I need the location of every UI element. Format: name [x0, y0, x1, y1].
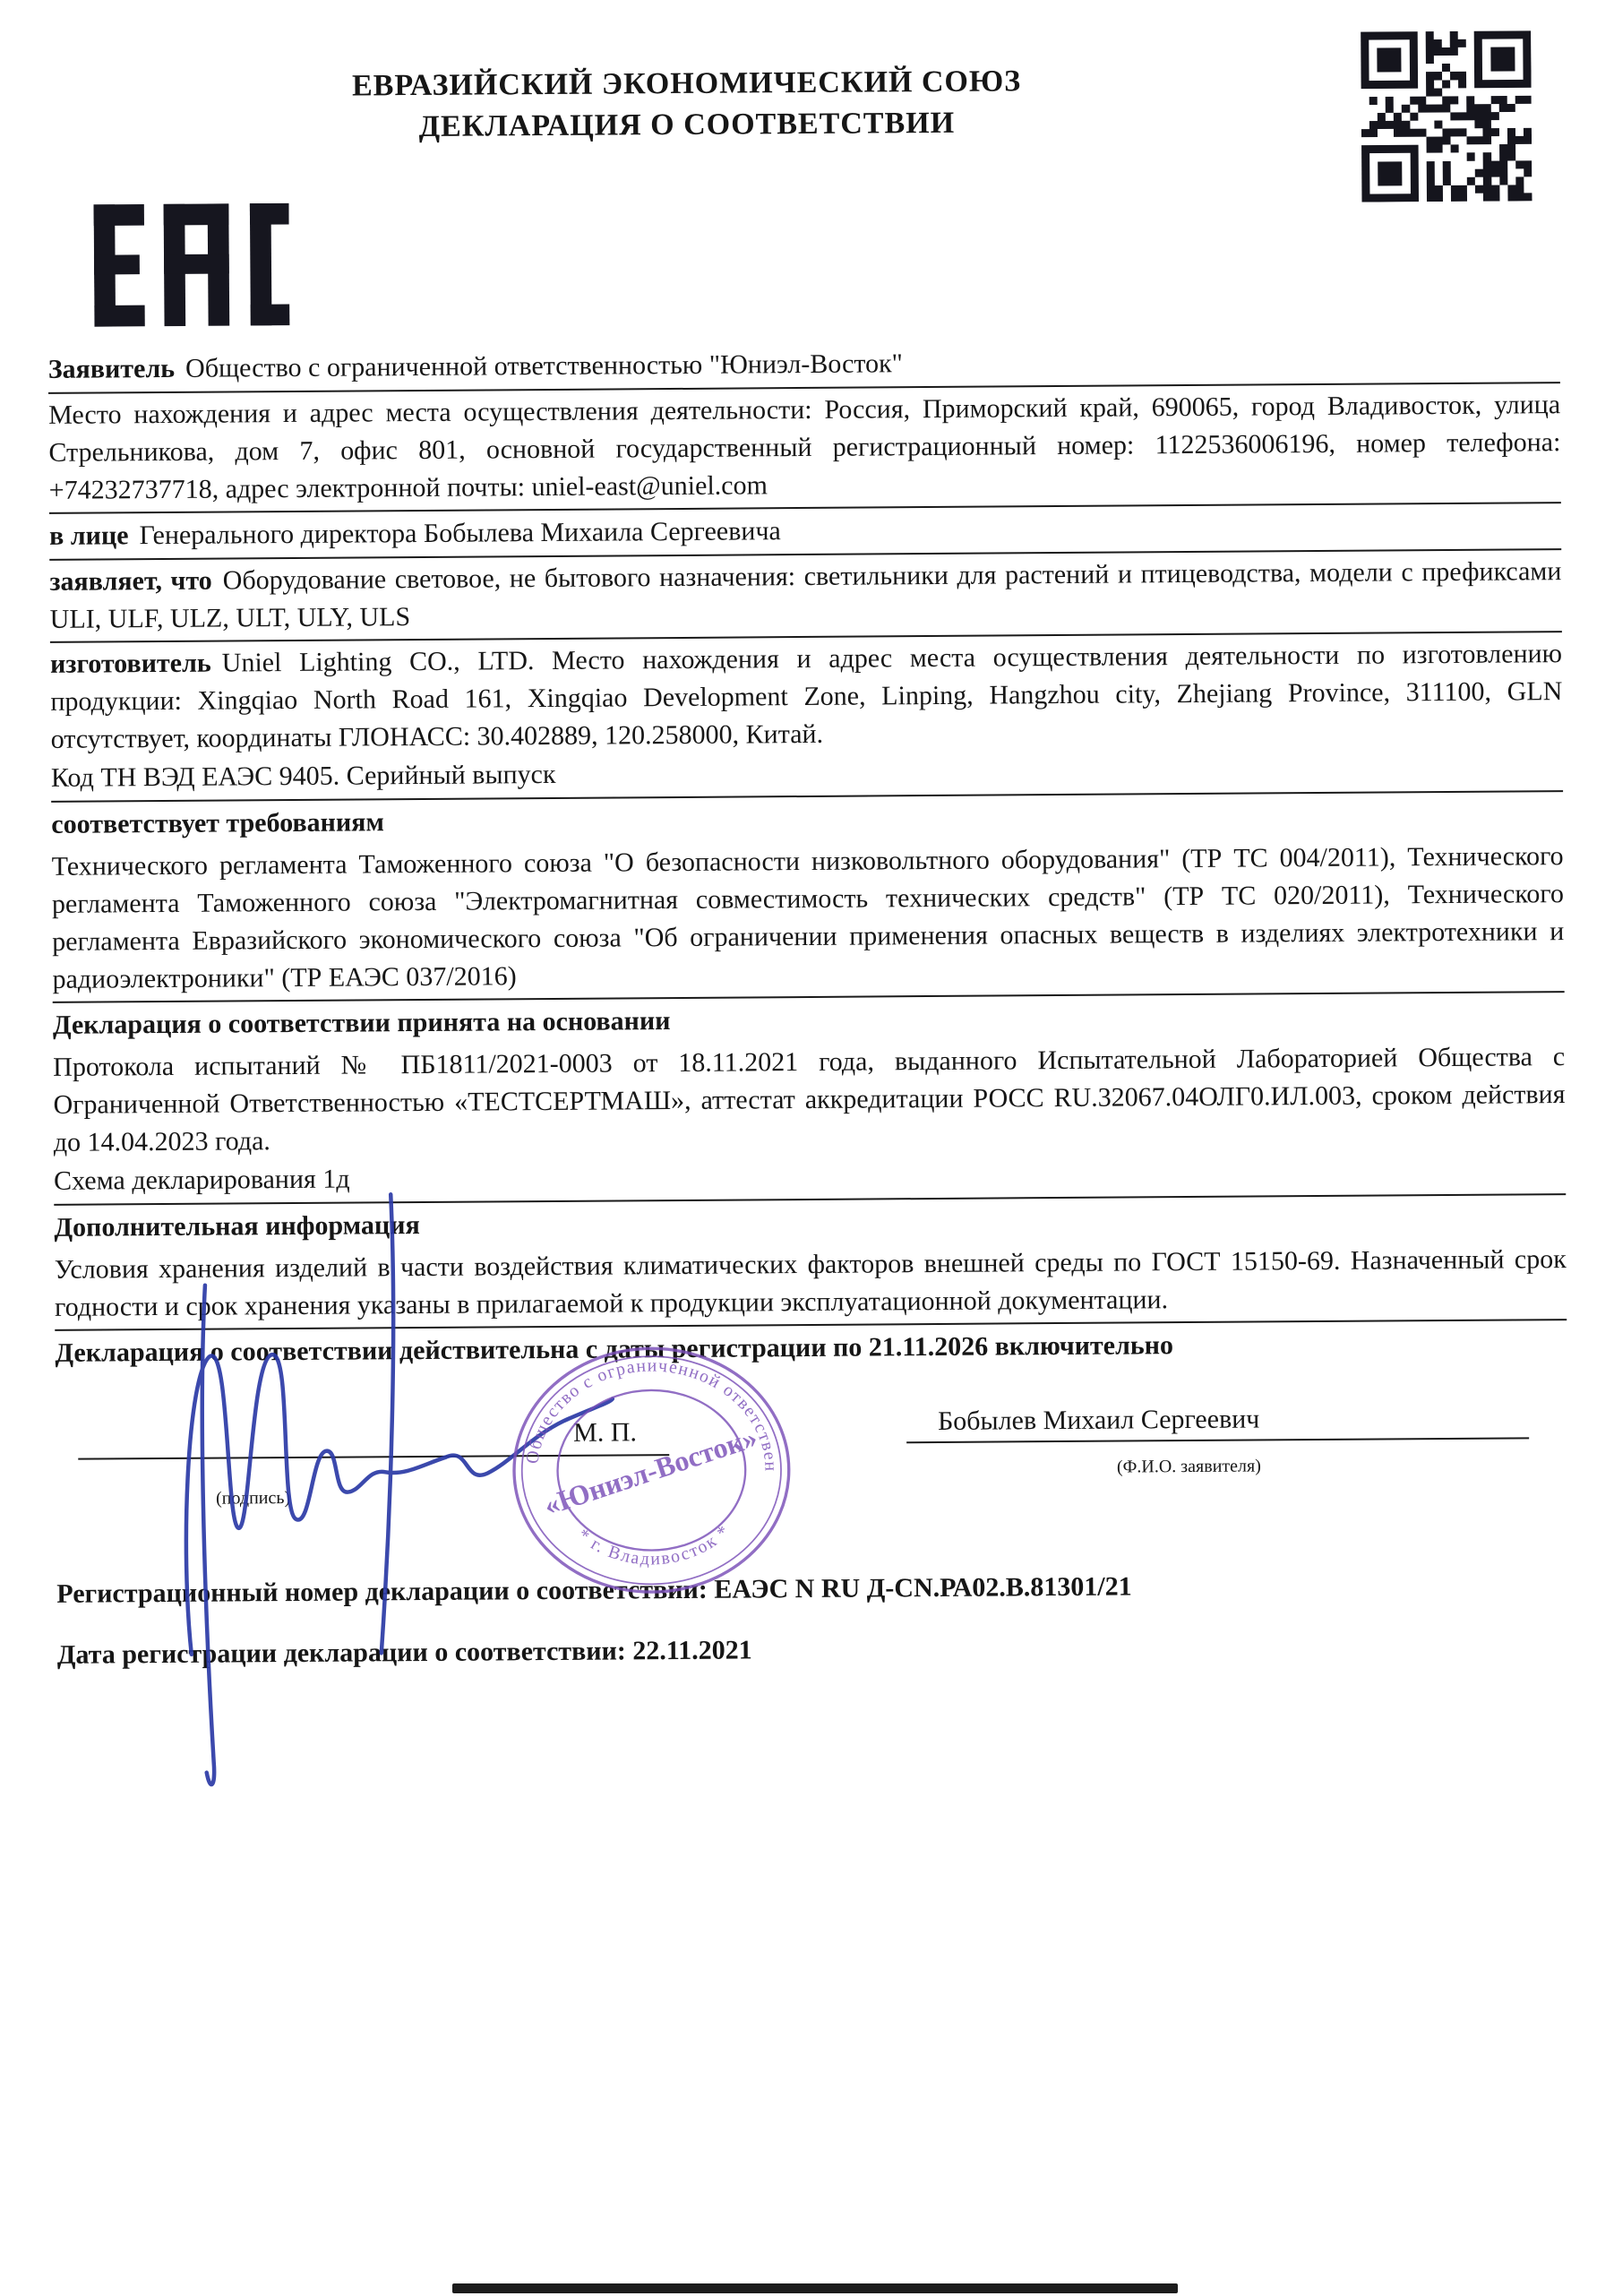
svg-text:* г. Владивосток *: * г. Владивосток * — [573, 1521, 734, 1570]
complies-text: Технического регламента Таможенного союз… — [52, 838, 1565, 1003]
manufacturer-label: изготовитель — [50, 649, 211, 679]
basis-heading: Декларация о соответствии принята на осн… — [53, 995, 1565, 1045]
registration-date-line: Дата регистрации декларации о соответств… — [57, 1625, 1569, 1675]
declarant-name-caption: (Ф.И.О. заявителя) — [1041, 1447, 1336, 1486]
document-page: ЕВРАЗИЙСКИЙ ЭКОНОМИЧЕСКИЙ СОЮЗ ДЕКЛАРАЦИ… — [0, 0, 1614, 2296]
eac-mark-icon — [93, 201, 289, 330]
declaration-body: ЗаявительОбщество с ограниченной ответст… — [48, 340, 1569, 1675]
qr-code — [1361, 30, 1532, 202]
represented-by-line: в лицеГенерального директора Бобылева Ми… — [49, 506, 1561, 561]
stamp-rim-bottom-text: * г. Владивосток * — [573, 1521, 734, 1570]
represented-by-value: Генерального директора Бобылева Михаила … — [139, 516, 781, 550]
additional-text: Условия хранения изделий в части воздейс… — [55, 1241, 1567, 1331]
applicant-label: Заявитель — [48, 354, 176, 384]
applicant-line: ЗаявительОбщество с ограниченной ответст… — [48, 340, 1560, 394]
applicant-address: Место нахождения и адрес места осуществл… — [48, 386, 1561, 514]
stamp-center-text: «Юниэл-Восток» — [540, 1421, 761, 1521]
declarant-name: Бобылев Михаил Сергеевич — [938, 1400, 1260, 1440]
declares-line: заявляет, чтоОборудование световое, не б… — [49, 553, 1562, 643]
additional-heading: Дополнительная информация — [54, 1198, 1566, 1248]
represented-by-label: в лице — [49, 520, 129, 551]
declares-label: заявляет, что — [49, 566, 212, 597]
company-stamp: Общество с ограниченной ответственностью… — [502, 1338, 800, 1602]
registration-number-line: Регистрационный номер декларации о соотв… — [56, 1564, 1568, 1614]
document-title: ЕВРАЗИЙСКИЙ ЭКОНОМИЧЕСКИЙ СОЮЗ ДЕКЛАРАЦИ… — [46, 59, 1327, 150]
complies-heading: соответствует требованиям — [51, 795, 1563, 845]
declares-value: Оборудование световое, не бытового назна… — [50, 556, 1562, 634]
manufacturer-value: Uniel Lighting CO., LTD. Место нахождени… — [50, 639, 1562, 754]
signature-caption: (подпись) — [109, 1478, 396, 1518]
applicant-value: Общество с ограниченной ответственностью… — [185, 348, 903, 383]
scan-artifact-bar — [452, 2283, 1178, 2293]
signature-zone: (подпись) М. П. Общество с ограниченной … — [56, 1363, 1568, 1552]
basis-text: Протокола испытаний № ПБ1811/2021-0003 о… — [53, 1038, 1566, 1162]
manufacturer-line: изготовительUniel Lighting CO., LTD. Мес… — [50, 635, 1563, 759]
title-line-2: ДЕКЛАРАЦИЯ О СООТВЕТСТВИИ — [47, 100, 1327, 150]
scheme-line: Схема декларирования 1д — [54, 1151, 1566, 1206]
tnved-line: Код ТН ВЭД ЕАЭС 9405. Серийный выпуск — [51, 748, 1563, 803]
